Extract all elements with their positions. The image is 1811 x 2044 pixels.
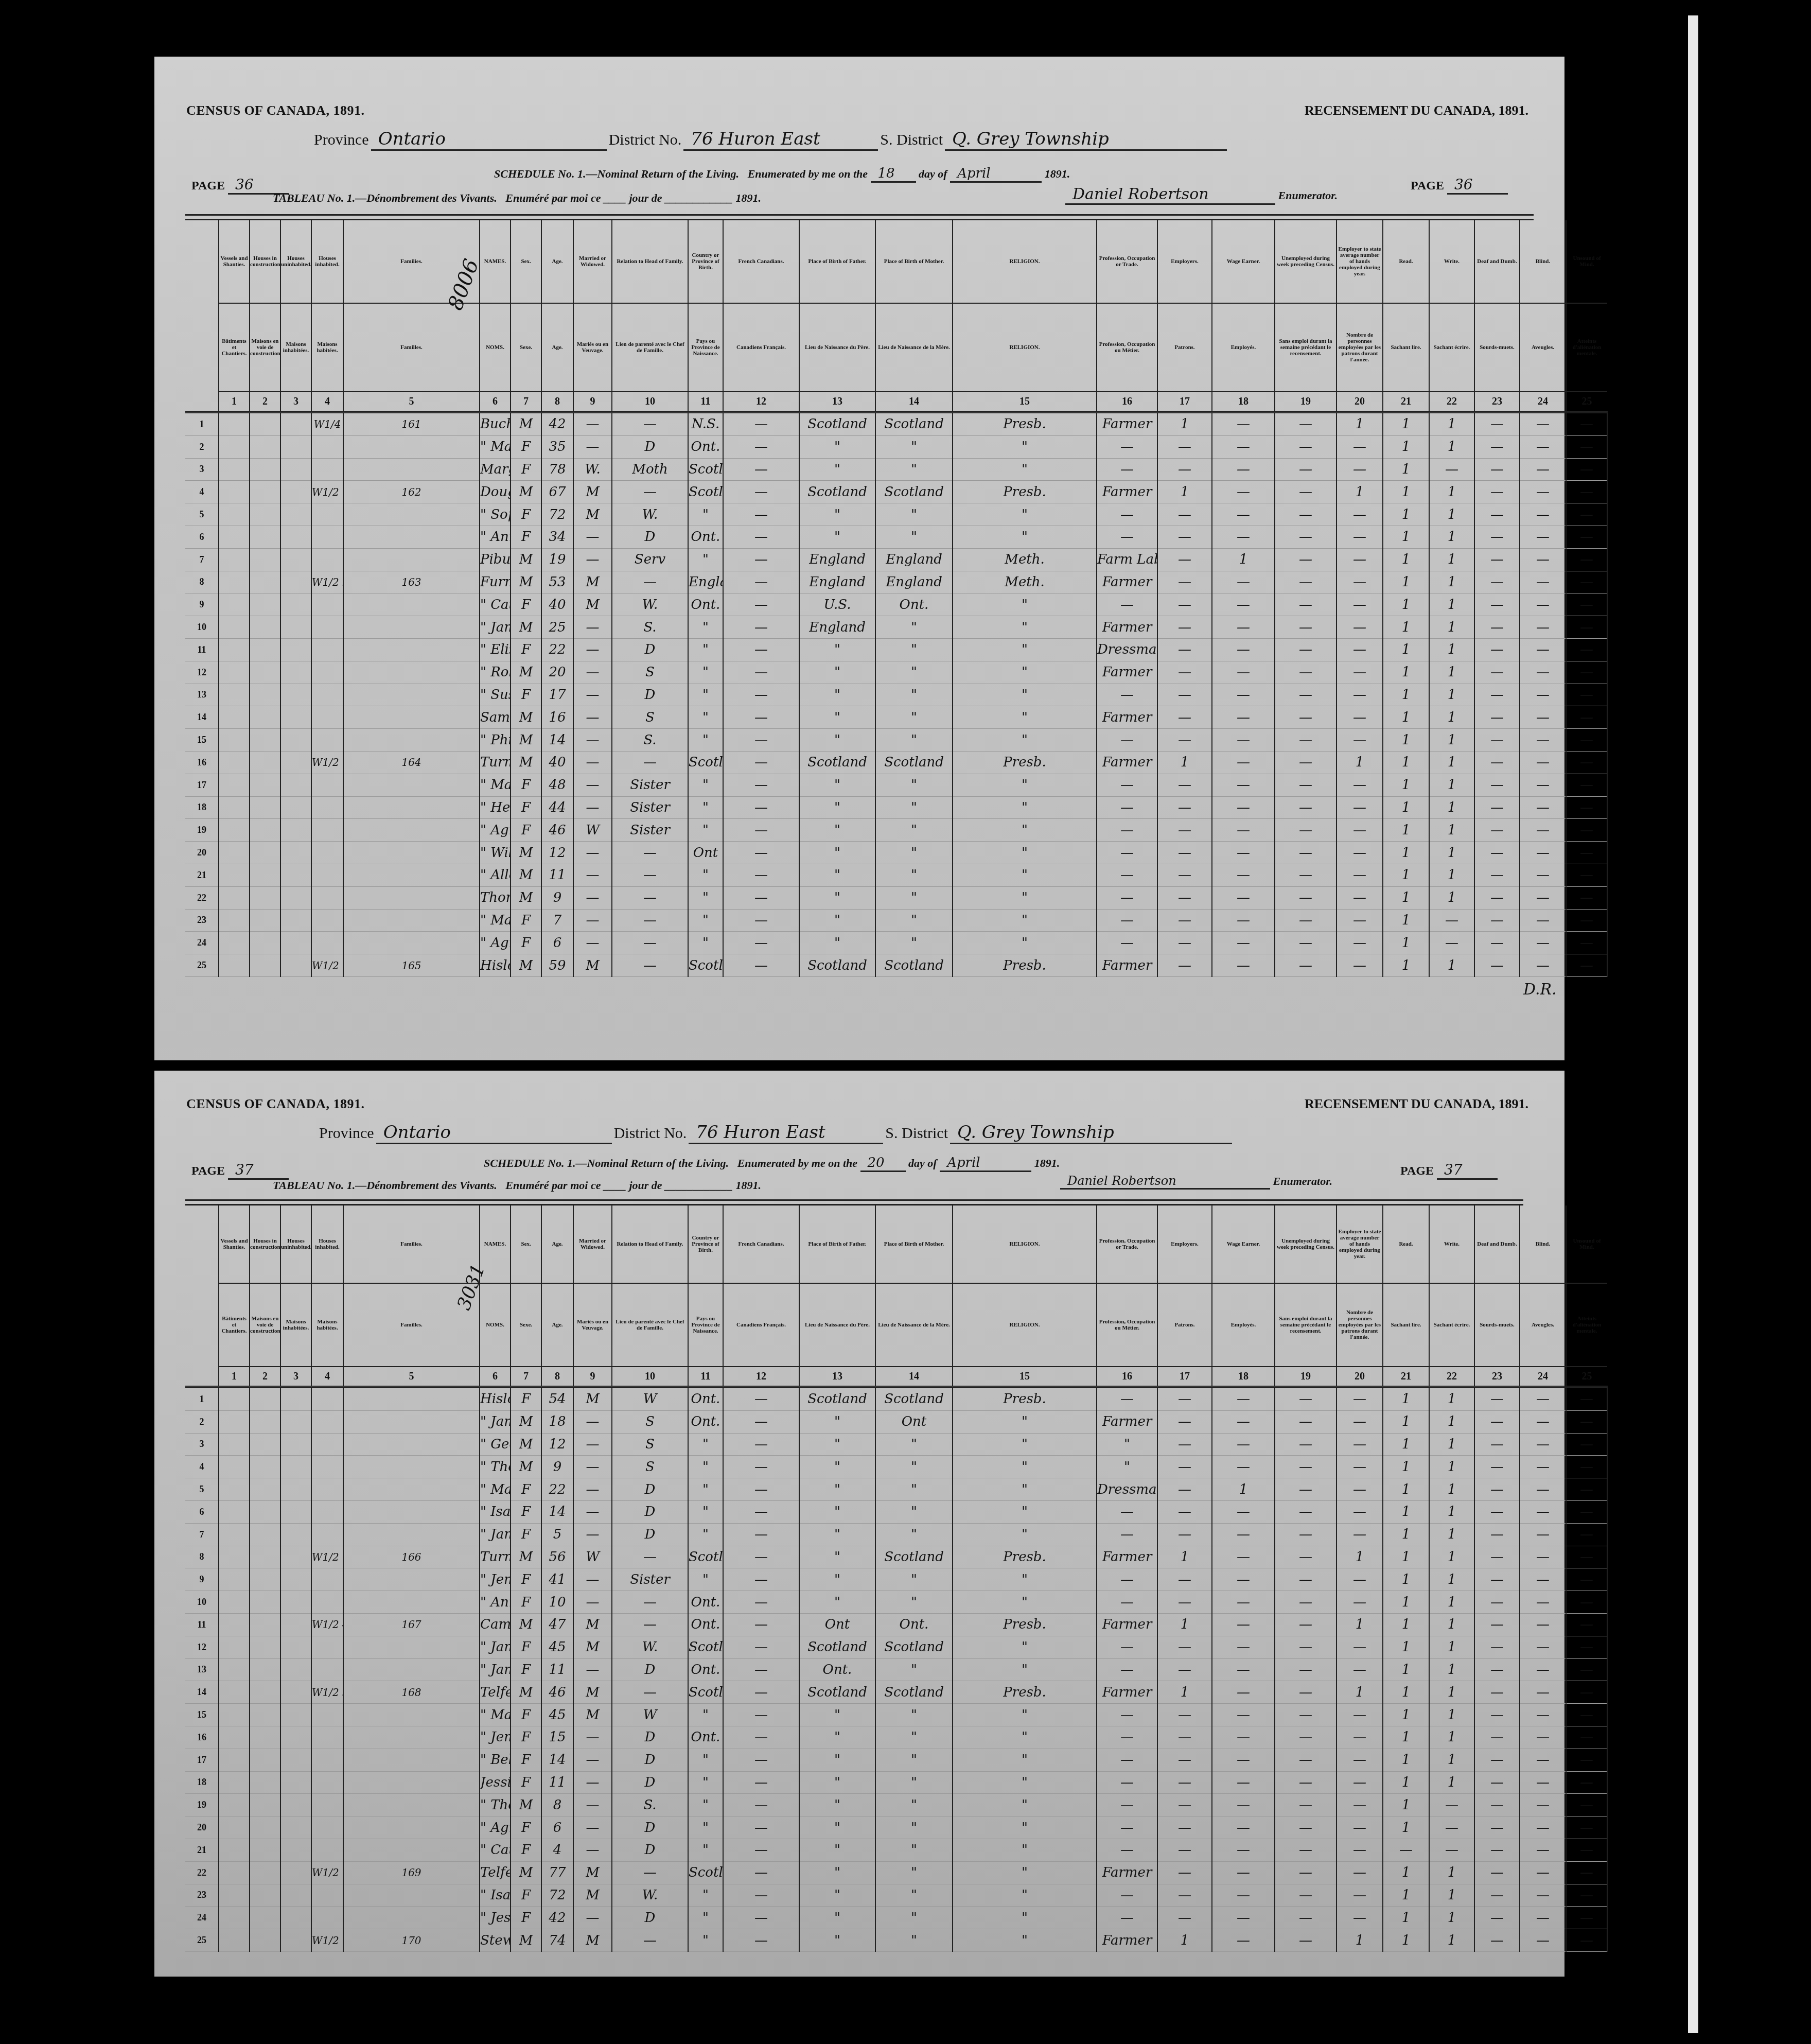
census-table-page-37: Vessels and Shanties.Houses in construct… xyxy=(185,1206,1607,1952)
cell-col-4 xyxy=(311,1456,343,1478)
cell-col-24: — xyxy=(1520,864,1566,886)
cell-col-13: " xyxy=(799,706,875,729)
cell-col-11: Ont xyxy=(688,842,723,864)
col-header-14-fr: Lieu de Naissance de la Mère. xyxy=(875,303,953,392)
col-header-18-en: Wage Earner. xyxy=(1212,1206,1275,1283)
cell-col-13: " xyxy=(799,1478,875,1501)
cell-col-17: — xyxy=(1157,1749,1212,1771)
cell-col-20: — xyxy=(1337,932,1383,954)
cell-col-13: Scotland xyxy=(799,1387,875,1411)
column-number: 10 xyxy=(612,1367,688,1387)
cell-col-13: " xyxy=(799,1749,875,1771)
cell-col-24: — xyxy=(1520,684,1566,706)
cell-col-19: — xyxy=(1275,1771,1337,1794)
census-title-en: CENSUS OF CANADA, 1891. xyxy=(186,103,364,118)
cell-col-15: " xyxy=(953,819,1097,842)
table-row: 16" JennieF15—DOnt.—"""—————11———16 xyxy=(185,1726,1607,1749)
cell-col-2 xyxy=(250,1591,280,1614)
census-table-page-36: Vessels and Shanties.Houses in construct… xyxy=(185,220,1607,977)
cell-col-19: — xyxy=(1275,1749,1337,1771)
person-name: Turnbull William xyxy=(480,1546,511,1568)
cell-col-3 xyxy=(280,842,311,864)
cell-col-24: — xyxy=(1520,458,1566,481)
cell-col-8: 72 xyxy=(541,503,573,526)
cell-col-25: — xyxy=(1566,842,1607,864)
cell-col-10: Sister xyxy=(612,819,688,842)
column-number: 21 xyxy=(1383,392,1429,412)
cell-col-1 xyxy=(219,706,250,729)
cell-col-23: — xyxy=(1474,1546,1520,1568)
cell-col-8: 59 xyxy=(541,954,573,977)
cell-col-14: " xyxy=(875,1726,953,1749)
cell-col-10: — xyxy=(612,1546,688,1568)
cell-col-15: " xyxy=(953,1861,1097,1884)
cell-col-20: — xyxy=(1337,1523,1383,1546)
cell-col-14: " xyxy=(875,774,953,796)
cell-col-7: M xyxy=(511,864,541,886)
cell-col-15: Presb. xyxy=(953,751,1097,774)
cell-col-15: " xyxy=(953,886,1097,909)
cell-col-7: F xyxy=(511,819,541,842)
cell-col-21: 1 xyxy=(1383,1523,1429,1546)
cell-col-21: 1 xyxy=(1383,1568,1429,1591)
enum-year: 1891. xyxy=(1045,167,1070,180)
cell-col-14: " xyxy=(875,1929,953,1952)
cell-col-10: W. xyxy=(612,1884,688,1907)
cell-col-20: — xyxy=(1337,1456,1383,1478)
cell-col-25: — xyxy=(1566,481,1607,503)
cell-col-16: Farmer xyxy=(1097,571,1157,593)
cell-col-4 xyxy=(311,684,343,706)
cell-col-25: — xyxy=(1566,1568,1607,1591)
col-header-23-en: Deaf and Dumb. xyxy=(1474,1206,1520,1283)
cell-col-21: 1 xyxy=(1383,1546,1429,1568)
cell-col-10: — xyxy=(612,954,688,977)
cell-col-16: — xyxy=(1097,729,1157,752)
person-name: " Isabella xyxy=(480,1884,511,1907)
cell-col-2 xyxy=(250,796,280,819)
cell-col-3 xyxy=(280,593,311,616)
cell-col-13: " xyxy=(799,932,875,954)
cell-col-10: D xyxy=(612,435,688,458)
column-number: 14 xyxy=(875,1367,953,1387)
cell-col-23: — xyxy=(1474,1704,1520,1726)
cell-col-9: — xyxy=(573,751,612,774)
cell-col-18: — xyxy=(1212,1929,1275,1952)
cell-col-2 xyxy=(250,548,280,571)
cell-col-13: " xyxy=(799,729,875,752)
cell-col-11: " xyxy=(688,548,723,571)
table-row: 2" MaggieF35—DOnt.—"""—————11———2 xyxy=(185,435,1607,458)
cell-col-14: " xyxy=(875,1816,953,1839)
cell-col-4: W1/2 10 xyxy=(311,481,343,503)
cell-col-11: Scotland xyxy=(688,1546,723,1568)
cell-col-10: W. xyxy=(612,1636,688,1658)
cell-col-8: 11 xyxy=(541,1658,573,1681)
cell-col-23: — xyxy=(1474,1568,1520,1591)
cell-col-21: 1 xyxy=(1383,1658,1429,1681)
cell-col-3 xyxy=(280,1636,311,1658)
cell-col-20: — xyxy=(1337,819,1383,842)
cell-col-25: — xyxy=(1566,1613,1607,1636)
cell-col-10: — xyxy=(612,1681,688,1704)
cell-col-14: " xyxy=(875,796,953,819)
cell-col-17: 1 xyxy=(1157,481,1212,503)
cell-col-18: — xyxy=(1212,1433,1275,1456)
cell-col-15: Meth. xyxy=(953,571,1097,593)
col-header-22-fr: Sachant écrire. xyxy=(1429,1283,1474,1367)
cell-col-19: — xyxy=(1275,503,1337,526)
col-header-17-en: Employers. xyxy=(1157,1206,1212,1283)
cell-col-19: — xyxy=(1275,886,1337,909)
cell-col-15: " xyxy=(953,796,1097,819)
cell-col-1 xyxy=(219,774,250,796)
table-row: 5" Mary AnnF22—D"—"""Dressmaker—1——11———… xyxy=(185,1478,1607,1501)
cell-col-23: — xyxy=(1474,1681,1520,1704)
cell-col-18: — xyxy=(1212,1704,1275,1726)
cell-col-16: Farmer xyxy=(1097,751,1157,774)
cell-col-21: 1 xyxy=(1383,1771,1429,1794)
cell-col-9: — xyxy=(573,842,612,864)
cell-col-2 xyxy=(250,1816,280,1839)
cell-col-19: — xyxy=(1275,616,1337,639)
person-name: " Isabella xyxy=(480,1500,511,1523)
cell-col-19: — xyxy=(1275,1523,1337,1546)
col-header-11-fr: Pays ou Province de Naissance. xyxy=(688,1283,723,1367)
cell-col-16: Farmer xyxy=(1097,412,1157,436)
cell-col-14: Ont. xyxy=(875,593,953,616)
row-number: 23 xyxy=(185,909,219,932)
cell-col-2 xyxy=(250,638,280,661)
cell-col-19: — xyxy=(1275,909,1337,932)
cell-col-20: — xyxy=(1337,571,1383,593)
row-number: 24 xyxy=(185,1907,219,1929)
cell-col-22: 1 xyxy=(1429,1478,1474,1501)
cell-col-1 xyxy=(219,932,250,954)
row-number: 7 xyxy=(185,548,219,571)
col-header-7-fr: Sexe. xyxy=(511,1283,541,1367)
cell-col-9: — xyxy=(573,1726,612,1749)
col-header-8-en: Age. xyxy=(541,1206,573,1283)
cell-col-15: " xyxy=(953,638,1097,661)
cell-col-1 xyxy=(219,819,250,842)
cell-col-8: 11 xyxy=(541,864,573,886)
enum-day: 20 xyxy=(860,1155,906,1172)
cell-col-18: — xyxy=(1212,932,1275,954)
cell-col-10: Sister xyxy=(612,796,688,819)
cell-col-18: — xyxy=(1212,1387,1275,1411)
cell-col-1 xyxy=(219,1636,250,1658)
row-number: 8 xyxy=(185,1546,219,1568)
cell-col-14: Ont xyxy=(875,1410,953,1433)
schedule-title-en: SCHEDULE No. 1.—Nominal Return of the Li… xyxy=(484,1157,729,1169)
row-number: 19 xyxy=(185,819,219,842)
cell-col-16: — xyxy=(1097,819,1157,842)
cell-col-20: — xyxy=(1337,1704,1383,1726)
cell-col-16: — xyxy=(1097,1749,1157,1771)
cell-col-5 xyxy=(343,616,480,639)
cell-col-24: — xyxy=(1520,1456,1566,1478)
cell-col-3 xyxy=(280,1929,311,1952)
row-number: 9 xyxy=(185,593,219,616)
cell-col-17: — xyxy=(1157,1884,1212,1907)
cell-col-21: 1 xyxy=(1383,1433,1429,1456)
cell-col-11: " xyxy=(688,1523,723,1546)
col-header-15-fr: RELIGION. xyxy=(953,1283,1097,1367)
cell-col-18: — xyxy=(1212,684,1275,706)
cell-col-18: — xyxy=(1212,593,1275,616)
cell-col-3 xyxy=(280,729,311,752)
cell-col-1 xyxy=(219,548,250,571)
cell-col-21: 1 xyxy=(1383,886,1429,909)
cell-col-5 xyxy=(343,842,480,864)
cell-col-13: England xyxy=(799,571,875,593)
cell-col-22: 1 xyxy=(1429,1591,1474,1614)
col-header-8-fr: Age. xyxy=(541,303,573,392)
cell-col-25: — xyxy=(1566,751,1607,774)
cell-col-5: 166 xyxy=(343,1546,480,1568)
cell-col-1 xyxy=(219,661,250,684)
cell-col-2 xyxy=(250,1568,280,1591)
cell-col-21: 1 xyxy=(1383,1929,1429,1952)
cell-col-7: M xyxy=(511,1433,541,1456)
cell-col-16: — xyxy=(1097,1500,1157,1523)
cell-col-1 xyxy=(219,1500,250,1523)
person-name: Douglas James xyxy=(480,481,511,503)
cell-col-11: " xyxy=(688,932,723,954)
cell-col-9: — xyxy=(573,1794,612,1816)
cell-col-10: S xyxy=(612,661,688,684)
column-number: 10 xyxy=(612,392,688,412)
col-header-2-en: Houses in construction. xyxy=(250,220,280,303)
cell-col-19: — xyxy=(1275,1387,1337,1411)
cell-col-21: 1 xyxy=(1383,1500,1429,1523)
cell-col-14: " xyxy=(875,1884,953,1907)
cell-col-22: 1 xyxy=(1429,796,1474,819)
cell-col-3 xyxy=(280,1456,311,1478)
cell-col-7: M xyxy=(511,1794,541,1816)
cell-col-19: — xyxy=(1275,1907,1337,1929)
cell-col-2 xyxy=(250,932,280,954)
cell-col-20: — xyxy=(1337,1907,1383,1929)
col-header-8-fr: Age. xyxy=(541,1283,573,1367)
cell-col-24: — xyxy=(1520,1523,1566,1546)
cell-col-13: " xyxy=(799,1523,875,1546)
cell-col-14: " xyxy=(875,909,953,932)
cell-col-7: F xyxy=(511,1704,541,1726)
cell-col-13: " xyxy=(799,1433,875,1456)
cell-col-11: " xyxy=(688,1907,723,1929)
cell-col-11: " xyxy=(688,1456,723,1478)
cell-col-21: 1 xyxy=(1383,1613,1429,1636)
cell-col-9: M xyxy=(573,1387,612,1411)
cell-col-15: " xyxy=(953,435,1097,458)
cell-col-3 xyxy=(280,412,311,436)
row-number: 5 xyxy=(185,1478,219,1501)
cell-col-18: — xyxy=(1212,661,1275,684)
cell-col-2 xyxy=(250,661,280,684)
cell-col-2 xyxy=(250,1794,280,1816)
cell-col-20: — xyxy=(1337,1816,1383,1839)
table-row: 21" AllenM11——"—"""—————11———21 xyxy=(185,864,1607,886)
cell-col-3 xyxy=(280,503,311,526)
cell-col-11: Scotland xyxy=(688,954,723,977)
cell-col-17: — xyxy=(1157,1907,1212,1929)
cell-col-7: M xyxy=(511,1410,541,1433)
column-number: 5 xyxy=(343,1367,480,1387)
cell-col-3 xyxy=(280,1523,311,1546)
cell-col-16: — xyxy=(1097,1568,1157,1591)
column-number: 25 xyxy=(1566,1367,1607,1387)
cell-col-21: 1 xyxy=(1383,751,1429,774)
cell-col-20: — xyxy=(1337,593,1383,616)
cell-col-9: — xyxy=(573,864,612,886)
cell-col-8: 22 xyxy=(541,638,573,661)
column-number: 1 xyxy=(219,392,250,412)
table-row: 9" CatherineF40MW.Ont.—U.S.Ont."—————11—… xyxy=(185,593,1607,616)
cell-col-19: — xyxy=(1275,751,1337,774)
cell-col-4 xyxy=(311,1658,343,1681)
cell-col-21: 1 xyxy=(1383,1884,1429,1907)
cell-col-8: 67 xyxy=(541,481,573,503)
cell-col-21: 1 xyxy=(1383,481,1429,503)
cell-col-3 xyxy=(280,684,311,706)
cell-col-9: — xyxy=(573,909,612,932)
cell-col-22: 1 xyxy=(1429,751,1474,774)
cell-col-14: " xyxy=(875,842,953,864)
cell-col-24: — xyxy=(1520,435,1566,458)
cell-col-23: — xyxy=(1474,932,1520,954)
cell-col-24: — xyxy=(1520,1704,1566,1726)
cell-col-19: — xyxy=(1275,1456,1337,1478)
cell-col-12: — xyxy=(723,1410,799,1433)
col-header-2-fr: Maisons en voie de construction. xyxy=(250,303,280,392)
cell-col-1 xyxy=(219,1929,250,1952)
cell-col-19: — xyxy=(1275,1591,1337,1614)
district-value: 76 Huron East xyxy=(689,1122,883,1144)
cell-col-10: W xyxy=(612,1704,688,1726)
col-header-7-en: Sex. xyxy=(511,1206,541,1283)
cell-col-12: — xyxy=(723,1771,799,1794)
cell-col-12: — xyxy=(723,796,799,819)
page-label: PAGE xyxy=(191,1164,225,1178)
cell-col-20: — xyxy=(1337,842,1383,864)
cell-col-21: 1 xyxy=(1383,729,1429,752)
cell-col-25: — xyxy=(1566,1884,1607,1907)
column-number: 2 xyxy=(250,392,280,412)
cell-col-18: — xyxy=(1212,526,1275,548)
cell-col-14: " xyxy=(875,503,953,526)
cell-col-3 xyxy=(280,706,311,729)
cell-col-13: " xyxy=(799,819,875,842)
cell-col-5: 161 xyxy=(343,412,480,436)
cell-col-8: 41 xyxy=(541,1568,573,1591)
cell-col-14: Scotland xyxy=(875,1681,953,1704)
cell-col-4 xyxy=(311,932,343,954)
province-value: Ontario xyxy=(371,129,607,151)
cell-col-5 xyxy=(343,1478,480,1501)
cell-col-8: 74 xyxy=(541,1929,573,1952)
cell-col-11: " xyxy=(688,503,723,526)
cell-col-8: 4 xyxy=(541,1839,573,1861)
cell-col-9: — xyxy=(573,1523,612,1546)
cell-col-7: F xyxy=(511,1523,541,1546)
cell-col-24: — xyxy=(1520,1500,1566,1523)
cell-col-19: — xyxy=(1275,954,1337,977)
cell-col-11: Ont. xyxy=(688,526,723,548)
cell-col-2 xyxy=(250,1456,280,1478)
cell-col-9: — xyxy=(573,1456,612,1478)
cell-col-19: — xyxy=(1275,593,1337,616)
row-number: 1 xyxy=(185,412,219,436)
cell-col-16: — xyxy=(1097,932,1157,954)
cell-col-16: — xyxy=(1097,774,1157,796)
cell-col-20: — xyxy=(1337,954,1383,977)
cell-col-8: 5 xyxy=(541,1523,573,1546)
cell-col-2 xyxy=(250,593,280,616)
cell-col-4 xyxy=(311,1568,343,1591)
cell-col-8: 46 xyxy=(541,1681,573,1704)
cell-col-11: " xyxy=(688,1771,723,1794)
subdistrict-value: Q. Grey Township xyxy=(950,1122,1232,1144)
cell-col-17: — xyxy=(1157,458,1212,481)
col-header-21-fr: Sachant lire. xyxy=(1383,1283,1429,1367)
person-name: " Thomas Allen xyxy=(480,1456,511,1478)
schedule-line-en: SCHEDULE No. 1.—Nominal Return of the Li… xyxy=(494,166,1070,183)
cell-col-21: 1 xyxy=(1383,1816,1429,1839)
cell-col-19: — xyxy=(1275,1726,1337,1749)
cell-col-21: 1 xyxy=(1383,616,1429,639)
cell-col-23: — xyxy=(1474,1613,1520,1636)
cell-col-15: Presb. xyxy=(953,1613,1097,1636)
cell-col-16: — xyxy=(1097,886,1157,909)
cell-col-10: D xyxy=(612,1500,688,1523)
cell-col-10: — xyxy=(612,909,688,932)
cell-col-22: 1 xyxy=(1429,819,1474,842)
film-border-left xyxy=(0,0,144,2044)
cell-col-1 xyxy=(219,886,250,909)
cell-col-13: " xyxy=(799,886,875,909)
col-header-10-fr: Lien de parenté avec le Chef de Famille. xyxy=(612,303,688,392)
cell-col-10: S xyxy=(612,1433,688,1456)
day-of-label: day of xyxy=(908,1157,937,1169)
cell-col-24: — xyxy=(1520,1816,1566,1839)
cell-col-9: — xyxy=(573,684,612,706)
column-number: 1 xyxy=(219,1367,250,1387)
cell-col-16: Farmer xyxy=(1097,1929,1157,1952)
col-header-4-en: Houses inhabited. xyxy=(311,1206,343,1283)
enumerated-label-fr: Enuméré par moi ce ____ jour de ________… xyxy=(505,191,761,204)
cell-col-8: 45 xyxy=(541,1704,573,1726)
cell-col-8: 17 xyxy=(541,684,573,706)
cell-col-11: Ont. xyxy=(688,593,723,616)
col-header-9-fr: Mariés ou en Veuvage. xyxy=(573,1283,612,1367)
cell-col-4 xyxy=(311,593,343,616)
person-name: " Anne xyxy=(480,526,511,548)
cell-col-22: 1 xyxy=(1429,1929,1474,1952)
row-number: 18 xyxy=(185,1771,219,1794)
cell-col-8: 12 xyxy=(541,842,573,864)
col-header-6-fr: NOMS. xyxy=(480,303,511,392)
cell-col-20: — xyxy=(1337,1636,1383,1658)
cell-col-5 xyxy=(343,864,480,886)
cell-col-13: Scotland xyxy=(799,1681,875,1704)
cell-col-5 xyxy=(343,458,480,481)
cell-col-22: 1 xyxy=(1429,842,1474,864)
cell-col-2 xyxy=(250,886,280,909)
cell-col-25: — xyxy=(1566,796,1607,819)
cell-col-2 xyxy=(250,571,280,593)
